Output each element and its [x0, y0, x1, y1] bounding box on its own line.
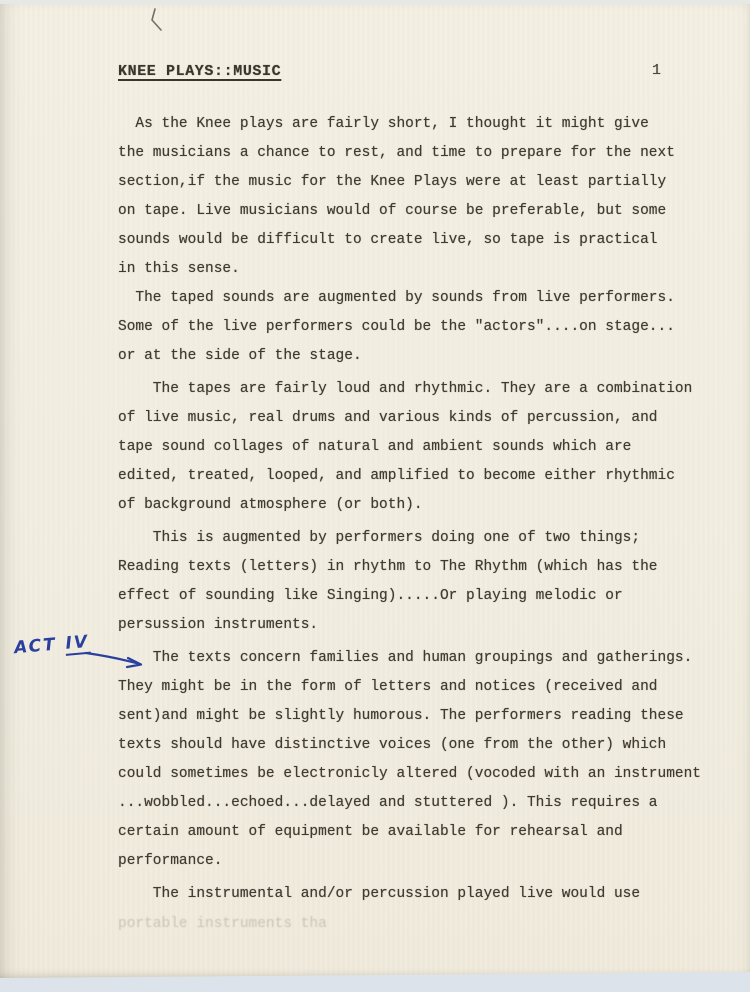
faded-erased-line: portable instruments tha: [118, 910, 728, 939]
handwritten-act-annotation: ACT IV: [13, 632, 91, 659]
act-label: ACT: [13, 635, 57, 659]
scanned-document: KNEE PLAYS::MUSIC 1 As the Knee plays ar…: [0, 0, 750, 992]
paragraph-instrumental: The instrumental and/or percussion playe…: [118, 880, 728, 909]
typewritten-body: As the Knee plays are fairly short, I th…: [118, 110, 728, 939]
pen-scratch-mark: [146, 6, 172, 34]
paragraph-intro: As the Knee plays are fairly short, I th…: [118, 110, 728, 284]
paragraph-texts-concern: The texts concern families and human gro…: [118, 644, 728, 876]
page-number: 1: [652, 62, 661, 79]
paragraph-taped-sounds: The taped sounds are augmented by sounds…: [118, 284, 728, 371]
arrow-icon: [84, 647, 152, 673]
paragraph-augmented: This is augmented by performers doing on…: [118, 524, 728, 640]
paragraph-tapes-loud: The tapes are fairly loud and rhythmic. …: [118, 375, 728, 520]
document-title: KNEE PLAYS::MUSIC: [118, 63, 281, 80]
paper-sheet: KNEE PLAYS::MUSIC 1 As the Knee plays ar…: [0, 4, 750, 978]
document-header: KNEE PLAYS::MUSIC 1: [118, 62, 678, 80]
